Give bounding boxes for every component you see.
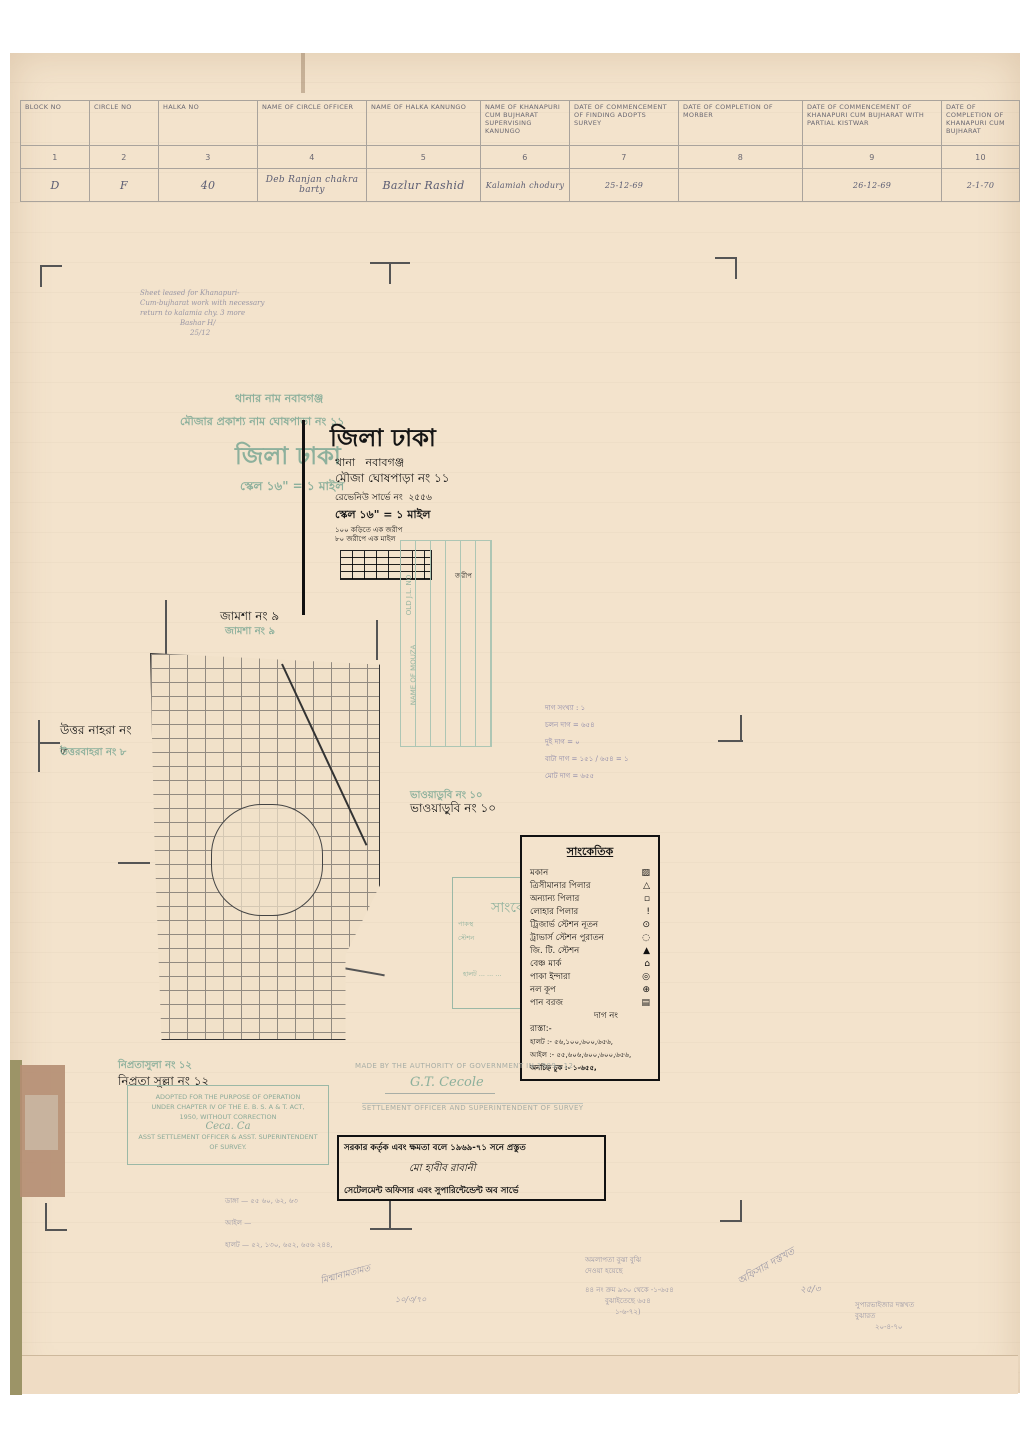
pencil-note-top: Sheet leased for Khanapuri- Cum-bujharat…: [140, 288, 264, 338]
legend-dag: দাগ নং: [522, 1009, 658, 1022]
halka-kanungo-value: Bazlur Rashid: [367, 169, 481, 202]
legend-label: ট্রাভার্স স্টেশন পুরাতন: [530, 931, 604, 945]
stamp-line: ADOPTED FOR THE PURPOSE OF OPERATION: [128, 1092, 328, 1102]
iron-pillar-icon: !: [646, 907, 650, 917]
registration-mark: [370, 1228, 412, 1230]
stamp-line: OF SURVEY.: [128, 1142, 328, 1152]
revenue-survey-no: রেভেনিউ সার্ভে নং ২৫৫৬: [335, 490, 432, 505]
index-cell: 6: [481, 146, 570, 169]
block-no-value: D: [21, 169, 90, 202]
supervising-kanungo-value: Kalamiah chodury: [481, 169, 570, 202]
col-header: BLOCK NO: [21, 101, 90, 146]
authority-line: MADE BY THE AUTHORITY OF GOVERNMENT IN 1…: [355, 1062, 573, 1070]
tube-well-icon: ⊕: [642, 985, 650, 995]
central-cluster: [211, 804, 323, 916]
index-cell: 2: [90, 146, 159, 169]
bottom-notes-center: অমলাপতা বুঝা বুঝি দেওয়া হয়েছে ৪৪ নং ক্…: [585, 1255, 674, 1318]
chain-note: ৮০ জরীপে এক মাইল: [335, 533, 395, 545]
legend-label: মকান: [530, 866, 548, 880]
header-table: BLOCK NO CIRCLE NO HALKA NO NAME OF CIRC…: [20, 100, 1020, 202]
area-note: চলন দাগ = ৬৫৪: [545, 717, 629, 734]
col-header: DATE OF COMPLETION OF KHANAPURI CUM BUJH…: [942, 101, 1020, 146]
ghost-legend-title: সাংকে: [491, 903, 523, 913]
index-table-col: OLD J.L. NO: [405, 575, 413, 615]
legend-title: সাংকেতিক: [522, 843, 658, 862]
ghost-legend-row: হালট ... ... ...: [463, 969, 523, 979]
authority-designation: SETTLEMENT OFFICER AND SUPERINTENDENT OF…: [362, 1103, 583, 1112]
date-right: ২৫/৩: [800, 1285, 821, 1295]
boundary-west-old: উত্তরবাহরা নং ৮: [60, 745, 126, 762]
khanapuri-completion-value: 2-1-70: [942, 169, 1020, 202]
circle-no-value: F: [90, 169, 159, 202]
boundary-east: ভাওয়াড়ুবি নং ১০: [410, 800, 496, 820]
legend-item: মকান▨: [522, 866, 658, 879]
note-line: ৪৪ নং ক্রম ৯৩০ থেকে -১-৬৫৪: [585, 1285, 674, 1296]
legend-halt: হালট :- ৫৬,১০০,৬০০,৬৫৬,: [522, 1035, 658, 1048]
note-line: বুঝারত: [855, 1311, 914, 1322]
legend-label: বেঞ্চ মার্ক: [530, 957, 561, 971]
note-line: ডাঙ্গা — ৫৫ ৬০, ৬২, ৬৩: [225, 1190, 333, 1212]
adopted-stamp: ADOPTED FOR THE PURPOSE OF OPERATION UND…: [127, 1085, 329, 1165]
mouza-index-table: NAME OF MOUZA OLD J.L. NO: [400, 540, 492, 747]
note-line: দেওয়া হয়েছে: [585, 1266, 674, 1277]
legend-item: ট্রাভার্স স্টেশন পুরাতন◌: [522, 931, 658, 944]
legend-item: জি. টি. স্টেশন▲: [522, 944, 658, 957]
registration-mark: [715, 257, 737, 279]
other-pillar-icon: ▫: [644, 894, 650, 904]
col-header: DATE OF COMMENCEMENT OF KHANAPURI CUM BU…: [803, 101, 942, 146]
registration-mark: [38, 742, 60, 744]
signature-line: [385, 1093, 495, 1094]
index-cell: 8: [679, 146, 803, 169]
note-line: সুপারভাইজার দস্তখত: [855, 1300, 914, 1311]
stamp-line: ASST SETTLEMENT OFFICER & ASST. SUPERINT…: [128, 1132, 328, 1142]
betel-garden-icon: ▤: [641, 998, 650, 1008]
index-cell: 10: [942, 146, 1020, 169]
ghost-legend-box: সাংকে পাকস্থ স্টেশন হালট ... ... ...: [452, 877, 524, 1009]
legend-label: পাকা ইন্দারা: [530, 970, 570, 984]
legend-item: বেঞ্চ মার্ক⌂: [522, 957, 658, 970]
ghost-legend-row: পাকস্থ: [458, 919, 523, 929]
area-notes: দাগ সংখ্যা : ১ চলন দাগ = ৬৫৪ দুই দাগ = ০…: [545, 700, 629, 785]
legend-item: ত্রিসীমানার পিলার△: [522, 879, 658, 892]
registration-mark: [38, 720, 40, 772]
col-header: NAME OF HALKA KANUNGO: [367, 101, 481, 146]
gt-station-icon: ▲: [643, 946, 650, 956]
note-line: Sheet leased for Khanapuri-: [140, 288, 264, 298]
registration-mark: [720, 1200, 742, 1222]
note-line: ১-৬-৭২): [585, 1307, 674, 1318]
tape-patch-inner: [25, 1095, 58, 1150]
boundary-north-old: জামশা নং ৯: [225, 624, 275, 641]
authority-signature: G.T. Cecole: [410, 1075, 484, 1090]
pucca-well-icon: ◎: [642, 972, 650, 982]
mouza-name: মৌজা ঘোষপাড়া নং ১১: [335, 470, 450, 490]
area-note: দুই দাগ = ০: [545, 734, 629, 751]
legend-label: হালট :- ৫৬,১০০,৬০০,৬৫৬,: [530, 1036, 613, 1048]
trijunction-pillar-icon: △: [643, 881, 650, 891]
value-row: D F 40 Deb Ranjan chakra barty Bazlur Ra…: [21, 169, 1020, 202]
legend-label: ট্রিজার্ভ স্টেশন নূতন: [530, 918, 598, 932]
note-line: ২০-৪-৭০: [855, 1322, 914, 1333]
boundary-line: [118, 862, 150, 864]
bangla-authority-stamp: সরকার কর্তৃক এবং ক্ষমতা বলে ১৯৬৯-৭১ সনে …: [337, 1135, 606, 1201]
legend-label: ত্রিসীমানার পিলার: [530, 879, 591, 893]
index-cell: 9: [803, 146, 942, 169]
morber-completion-value: [679, 169, 803, 202]
halka-no-value: 40: [159, 169, 258, 202]
col-header: NAME OF CIRCLE OFFICER: [258, 101, 367, 146]
legend-item: অন্যান্য পিলার▫: [522, 892, 658, 905]
note-line: আইল —: [225, 1212, 333, 1234]
note-line: Bashar H/: [140, 318, 264, 328]
index-cell: 3: [159, 146, 258, 169]
note-line: বুঝাইতেছে ৬৫৪: [585, 1296, 674, 1307]
legend-label: রাস্তা:-: [530, 1022, 552, 1036]
paper-bottom-flap: [22, 1355, 1018, 1394]
registration-mark: [40, 265, 62, 287]
col-header: HALKA NO: [159, 101, 258, 146]
note-line: 25/12: [140, 328, 264, 338]
cadastral-map[interactable]: [150, 653, 380, 1040]
col-header: DATE OF COMPLETION OF MORBER: [679, 101, 803, 146]
date-mid: ১০/৩/৭০: [395, 1295, 426, 1305]
bench-mark-icon: ⌂: [644, 959, 650, 969]
legend-label: লোহার পিলার: [530, 905, 578, 919]
stamp-line: UNDER CHAPTER IV OF THE E. B. S. A & T. …: [128, 1102, 328, 1112]
header-row: BLOCK NO CIRCLE NO HALKA NO NAME OF CIRC…: [21, 101, 1020, 146]
legend-label: আইল :- ৫৫,৬০৬,৬০০,৬০০,৬৫৬,: [530, 1049, 631, 1061]
note-line: অমলাপতা বুঝা বুঝি: [585, 1255, 674, 1266]
area-note: বাটা দাগ = ১৫১ / ৬৫৪ = ১: [545, 751, 629, 768]
legend-box: সাংকেতিক মকান▨ ত্রিসীমানার পিলার△ অন্যান…: [520, 835, 660, 1081]
legend-label: পান বরজ: [530, 996, 563, 1010]
commencement-date-value: 25-12-69: [570, 169, 679, 202]
index-cell: 1: [21, 146, 90, 169]
col-header: NAME OF KHANAPURI CUM BUJHARAT SUPERVISI…: [481, 101, 570, 146]
legend-label: দাগ নং: [594, 1009, 618, 1023]
legend-item: পাকা ইন্দারা◎: [522, 970, 658, 983]
traverse-station-old-icon: ◌: [642, 933, 650, 943]
col-header: DATE OF COMMENCEMENT OF FINDING ADOPTS S…: [570, 101, 679, 146]
legend-item: ট্রিজার্ভ স্টেশন নূতন⊙: [522, 918, 658, 931]
stamp-line: সরকার কর্তৃক এবং ক্ষমতা বলে ১৯৬৯-৭১ সনে …: [344, 1141, 604, 1155]
bottom-notes-far-right: সুপারভাইজার দস্তখত বুঝারত ২০-৪-৭০: [855, 1300, 914, 1333]
stamp-signature: Ceca. Ca: [128, 1122, 328, 1132]
bottom-notes-left: ডাঙ্গা — ৫৫ ৬০, ৬২, ৬৩ আইল — হালট — ৫২, …: [225, 1190, 333, 1256]
note-line: Cum-bujharat work with necessary: [140, 298, 264, 308]
legend-label: জি. টি. স্টেশন: [530, 944, 579, 958]
note-line: হালট — ৫২, ১৩০, ৬৫২, ৬৫৬ ২৪৪,: [225, 1234, 333, 1256]
note-line: return to kalamia chy. 3 more: [140, 308, 264, 318]
legend-label: নল কূপ: [530, 983, 556, 997]
registration-mark: [45, 1203, 67, 1231]
boundary-line: [376, 620, 378, 660]
legend-ail: আইল :- ৫৫,৬০৬,৬০০,৬০০,৬৫৬,: [522, 1048, 658, 1061]
index-row: 1 2 3 4 5 6 7 8 9 10: [21, 146, 1020, 169]
traverse-station-new-icon: ⊙: [642, 920, 650, 930]
index-cell: 5: [367, 146, 481, 169]
stamp-line: সেটেলমেন্ট অফিসার এবং সুপারিন্টেন্ডেন্ট …: [344, 1184, 604, 1198]
index-table-header: NAME OF MOUZA: [409, 645, 417, 706]
legend-item: পান বরজ▤: [522, 996, 658, 1009]
circle-officer-value: Deb Ranjan chakra barty: [258, 169, 367, 202]
boundary-line: [165, 600, 167, 655]
col-header: CIRCLE NO: [90, 101, 159, 146]
scale-label: স্কেল ১৬" = ১ মাইল: [335, 506, 431, 525]
index-cell: 4: [258, 146, 367, 169]
stamp-signature: মো হাবীব রাবানী: [409, 1161, 604, 1178]
paper-fold: [301, 53, 305, 93]
index-cell: 7: [570, 146, 679, 169]
ghost-legend-row: স্টেশন: [458, 933, 523, 943]
legend-item: নল কূপ⊕: [522, 983, 658, 996]
old-thana: থানার নাম নবাবগঞ্জ: [235, 390, 344, 409]
legend-item: লোহার পিলার!: [522, 905, 658, 918]
registration-mark: [740, 715, 742, 741]
legend-road: রাস্তা:-: [522, 1022, 658, 1035]
registration-mark: [389, 1200, 391, 1228]
area-note: মোট দাগ = ৬৫৫: [545, 768, 629, 785]
area-note: দাগ সংখ্যা : ১: [545, 700, 629, 717]
house-icon: ▨: [641, 868, 650, 878]
registration-mark: [389, 262, 391, 284]
khanapuri-commencement-value: 26-12-69: [803, 169, 942, 202]
legend-label: অন্যান্য পিলার: [530, 892, 579, 906]
